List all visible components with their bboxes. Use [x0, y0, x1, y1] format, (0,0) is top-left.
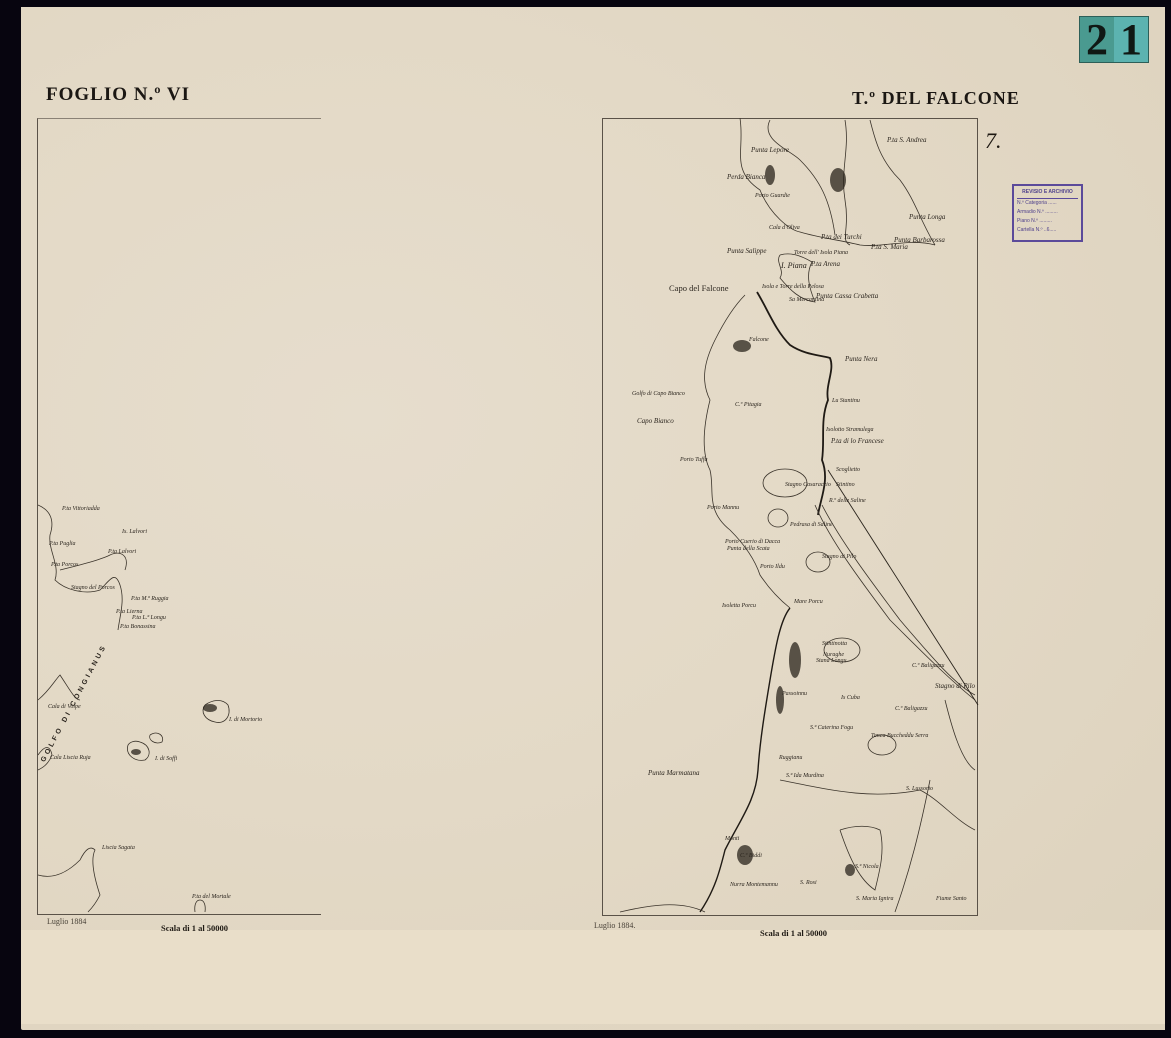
place-label: P.ta S. Maria	[871, 243, 908, 251]
coastline-drawing	[0, 0, 1171, 1038]
place-label: Isola e Torre della Pelosa	[762, 284, 824, 290]
place-label: Porto Cuerio di Dacca	[725, 539, 780, 545]
place-label: Capo Bianco	[637, 417, 674, 425]
place-label: I. di Mortorio	[229, 717, 262, 723]
place-label: Stagno di Pilo	[822, 554, 856, 560]
place-label: P.ta Arena	[811, 260, 840, 268]
place-label: S.ª Ida Murdina	[786, 773, 824, 779]
place-label: P.ta Lalvori	[108, 549, 136, 555]
left-panel-scale: Scala di 1 al 50000	[161, 923, 228, 933]
place-label: I. di Soffi	[155, 756, 177, 762]
place-label: Golfo di Capo Bianco	[632, 391, 685, 397]
place-label: Cala di Volpe	[48, 704, 81, 710]
place-label: P.ta Porcos	[51, 562, 78, 568]
place-label: R.º delle Saline	[829, 498, 866, 504]
place-label: Mare Porcu	[794, 599, 823, 605]
place-label: Punta Nera	[845, 355, 877, 363]
place-label: Punta Salippe	[727, 247, 766, 255]
right-panel-scale: Scala di 1 al 50000	[760, 928, 827, 938]
left-panel-date: Luglio 1884	[47, 917, 86, 926]
place-label: Is Cuba	[841, 695, 860, 701]
place-label: Stagno di Pilo	[935, 682, 975, 690]
place-label: Cala d'Oliva	[769, 225, 800, 231]
right-panel-date: Luglio 1884.	[594, 921, 635, 930]
place-label: Monti	[725, 836, 739, 842]
place-label: Stintino	[836, 482, 855, 488]
place-label: Stana Longu	[816, 658, 847, 664]
place-label: Punta della Scata	[727, 546, 770, 552]
place-label: P.ta S. Andrea	[887, 136, 927, 144]
place-label: P.ta di lo Francese	[831, 437, 884, 445]
place-label: P.ta Bonassina	[120, 624, 156, 630]
place-label: Lu Stantinu	[832, 398, 860, 404]
place-label: Is. Lalvori	[122, 529, 147, 535]
place-label: Punta Marmatana	[648, 769, 700, 777]
place-label: Stagno del Porcos	[71, 585, 115, 591]
place-label: S. Lussorio	[906, 786, 933, 792]
place-label: Scoglietto	[836, 467, 860, 473]
place-label: Pedrasa di Saline	[790, 522, 833, 528]
place-label: C.º Baligazzu	[895, 706, 928, 712]
place-label: C.º Pitagia	[735, 402, 762, 408]
place-label: Punta Lepore	[751, 146, 789, 154]
place-label: Perda Bianca	[727, 173, 765, 181]
place-label: Torre dell' Isola Piana	[794, 250, 848, 256]
place-label: Passoinnu	[782, 691, 807, 697]
place-label: P.ta dei Turchi	[821, 233, 862, 241]
place-label: Tanca Buccheddu Serra	[871, 733, 928, 739]
place-label: S.ª Nicola	[855, 864, 879, 870]
place-label: Porto Mannu	[707, 505, 739, 511]
place-label: P.ta del Mortale	[192, 894, 231, 900]
place-label: I. Piana	[781, 261, 807, 270]
place-label: S. Maria Ignira	[856, 896, 894, 902]
place-label: Porto Tuffa	[680, 457, 708, 463]
place-label: C.º Baligazzu	[912, 663, 945, 669]
place-label: P.ta Puglia	[49, 541, 76, 547]
place-label: Capo del Falcone	[669, 283, 728, 293]
place-label: P.ta L.ª Longu	[132, 615, 166, 621]
place-label: Porto Guardie	[755, 193, 790, 199]
place-label: P.ta M.ª Ruggia	[131, 596, 169, 602]
place-label: C.º Biddi	[740, 853, 762, 859]
place-label: Falcone	[749, 337, 769, 343]
place-label: Cala Liscia Ruja	[50, 755, 91, 761]
place-label: S. Rosi	[800, 880, 817, 886]
place-label: Fiume Santo	[936, 896, 967, 902]
place-label: Punta Cassa Crabetta	[816, 292, 878, 300]
place-label: Sa Mercantina	[789, 297, 824, 303]
place-label: Punta Longa	[909, 213, 945, 221]
place-label: P.ta Vittoriadda	[62, 506, 100, 512]
place-label: Ruggianu	[779, 755, 802, 761]
place-label: Stintinotta	[822, 641, 847, 647]
place-label: Porto Ildu	[760, 564, 785, 570]
place-label: S.ª Caterina Fogu	[810, 725, 853, 731]
place-label: Liscia Sagata	[102, 845, 135, 851]
place-label: Nurra Montemannu	[730, 882, 778, 888]
place-label: Isoletta Porcu	[722, 603, 756, 609]
place-label: Stagno Casaraccio	[785, 482, 831, 488]
place-label: Isolotto Stramulega	[826, 427, 874, 433]
